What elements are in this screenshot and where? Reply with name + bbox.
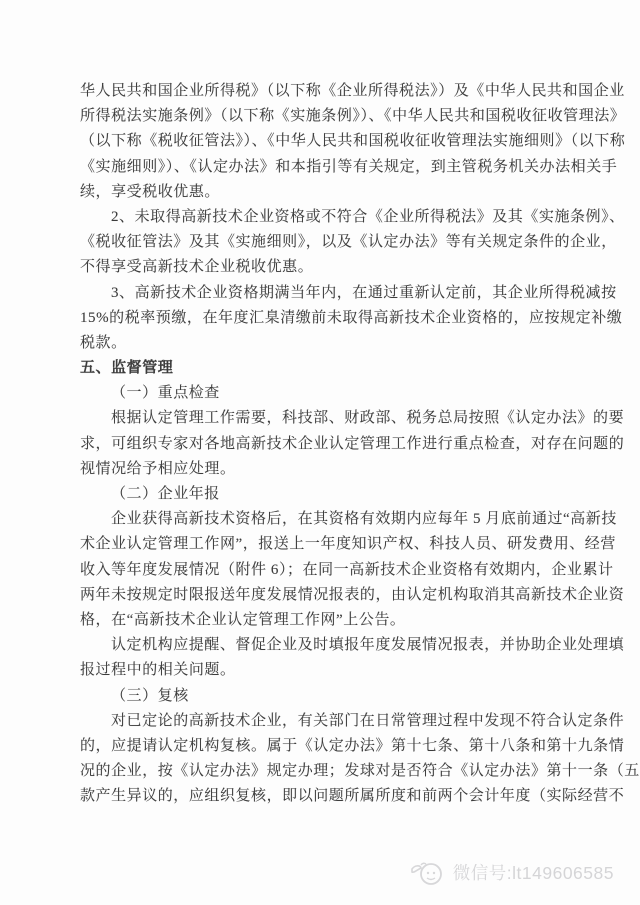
document-line: 况的企业，按《认定办法》规定办理；发球对是否符合《认定办法》第十一条（五） (80, 759, 568, 784)
document-line: 术企业认定管理工作网”，报送上一年度知识产权、科技人员、研发费用、经营 (80, 532, 568, 557)
document-line: 报过程中的相关问题。 (80, 658, 568, 683)
document-line: （三）复核 (80, 684, 568, 709)
document-line: 根据认定管理工作需要，科技部、财政部、税务总局按照《认定办法》的要 (80, 406, 568, 431)
document-line: 15%的税率预缴，在年度汇臬清缴前未取得高新技术企业资格的，应按规定补缴 (80, 306, 568, 331)
document-line: 2、未取得高新技术企业资格或不符合《企业所得税法》及其《实施条例》、 (80, 205, 568, 230)
document-line: 所得税法实施条例》（以下称《实施条例》）、《中华人民共和国税收征收管理法》 (80, 104, 568, 129)
document-line: 认定机构应提醒、督促企业及时填报年度发展情况报表，并协助企业处理填 (80, 633, 568, 658)
doodle-face-icon (409, 853, 449, 893)
document-line: （一）重点检查 (80, 381, 568, 406)
document-line: 收入等年度发展情况（附件 6）；在同一高新技术企业资格有效期内，企业累计 (80, 558, 568, 583)
document-line: 款产生异议的，应组织复核，即以问题所属所度和前两个会计年度（实际经营不 (80, 784, 568, 809)
document-line: 不得享受高新技术企业税收优惠。 (80, 255, 568, 280)
document-line: 对已定论的高新技术企业，有关部门在日常管理过程中发现不符合认定条件 (80, 709, 568, 734)
document-line: 格，在“高新技术企业认定管理工作网”上公告。 (80, 608, 568, 633)
document-line: 视情况给予相应处理。 (80, 457, 568, 482)
document-line: 《实施细则》）、《认定办法》和本指引等有关规定，到主管税务机关办法相关手 (80, 155, 568, 180)
document-line: （二）企业年报 (80, 482, 568, 507)
document-lines: 华人民共和国企业所得税》（以下称《企业所得税法》）及《中华人民共和国企业所得税法… (80, 79, 568, 809)
document-line: 3、高新技术企业资格期满当年内，在通过重新认定前，其企业所得税减按 (80, 281, 568, 306)
document-page: 华人民共和国企业所得税》（以下称《企业所得税法》）及《中华人民共和国企业所得税法… (0, 0, 640, 905)
document-line: 求，可组织专家对各地高新技术企业认定管理工作进行重点检查，对存在问题的 (80, 432, 568, 457)
document-line: 续，享受税收优惠。 (80, 180, 568, 205)
document-line: 企业获得高新技术资格后，在其资格有效期内应每年 5 月底前通过“高新技 (80, 507, 568, 532)
watermark: 微信号:lt149606585 (409, 853, 614, 893)
document-line: （以下称《税收征管法》）、《中华人民共和国税收征收管理法实施细则》（以下称 (80, 129, 568, 154)
document-line: 华人民共和国企业所得税》（以下称《企业所得税法》）及《中华人民共和国企业 (80, 79, 568, 104)
document-line: 《税收征管法》及其《实施细则》，以及《认定办法》等有关规定条件的企业， (80, 230, 568, 255)
document-line: 两年未按规定时限报送年度发展情况报表的，由认定机构取消其高新技术企业资 (80, 583, 568, 608)
document-line: 的，应提请认定机构复核。属于《认定办法》第十七条、第十八条和第十九条情 (80, 734, 568, 759)
document-line: 五、监督管理 (80, 356, 568, 381)
document-line: 税款。 (80, 331, 568, 356)
watermark-text: 微信号:lt149606585 (453, 853, 614, 893)
